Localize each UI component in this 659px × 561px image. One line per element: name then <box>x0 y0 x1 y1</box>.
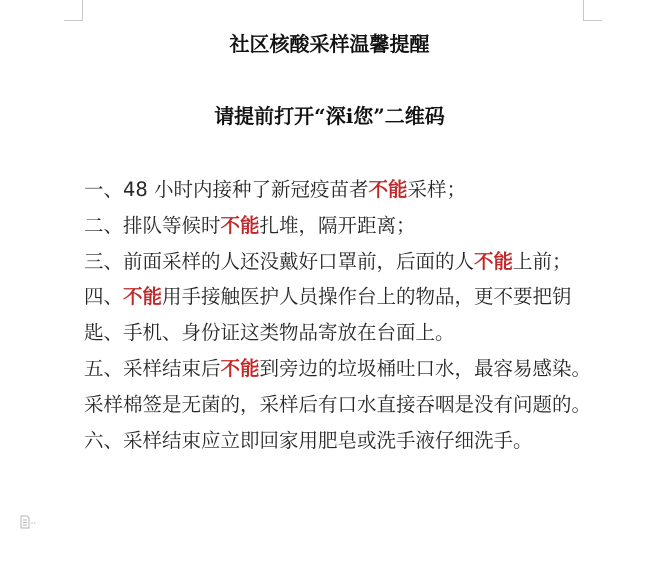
paragraph-5: 五、采样结束后不能到旁边的垃圾桶吐口水，最容易感染。采样棉签是无菌的，采样后有口… <box>84 351 594 423</box>
paragraph-text: 扎堆，隔开距离； <box>260 214 416 237</box>
crop-mark-top-right-icon <box>583 0 602 21</box>
highlight-text: 不能 <box>123 285 162 308</box>
paragraph-text: 一、48 小时内接种了新冠疫苗者 <box>84 178 369 201</box>
paragraph-text: 二、排队等候时 <box>84 214 221 237</box>
paragraph-4: 四、不能用手接触医护人员操作台上的物品，更不要把钥匙、手机、身份证这类物品寄放在… <box>84 279 594 351</box>
paragraph-text: 四、 <box>84 285 123 308</box>
document-body[interactable]: 一、48 小时内接种了新冠疫苗者不能采样； 二、排队等候时不能扎堆，隔开距离； … <box>84 172 594 458</box>
document-title: 社区核酸采样温馨提醒 <box>0 28 659 57</box>
paragraph-6: 六、采样结束应立即回家用肥皂或洗手液仔细洗手。 <box>84 423 594 459</box>
paragraph-text: 采样； <box>408 178 467 201</box>
paragraph-marker-icon <box>20 515 38 529</box>
paragraph-text: 三、前面采样的人还没戴好口罩前，后面的人 <box>84 250 474 273</box>
paragraph-text: 五、采样结束后 <box>84 357 221 380</box>
highlight-text: 不能 <box>221 357 260 380</box>
document-subtitle: 请提前打开“深i您”二维码 <box>0 100 659 129</box>
document-page: 社区核酸采样温馨提醒 请提前打开“深i您”二维码 一、48 小时内接种了新冠疫苗… <box>0 0 659 561</box>
crop-mark-top-left-icon <box>64 0 83 21</box>
highlight-text: 不能 <box>369 178 408 201</box>
paragraph-text: 上前； <box>513 250 572 273</box>
highlight-text: 不能 <box>221 214 260 237</box>
document-paragraph-icon[interactable] <box>20 514 38 528</box>
paragraph-3: 三、前面采样的人还没戴好口罩前，后面的人不能上前； <box>84 244 594 280</box>
highlight-text: 不能 <box>474 250 513 273</box>
paragraph-1: 一、48 小时内接种了新冠疫苗者不能采样； <box>84 172 594 208</box>
paragraph-text: 六、采样结束应立即回家用肥皂或洗手液仔细洗手。 <box>84 429 533 452</box>
paragraph-2: 二、排队等候时不能扎堆，隔开距离； <box>84 208 594 244</box>
